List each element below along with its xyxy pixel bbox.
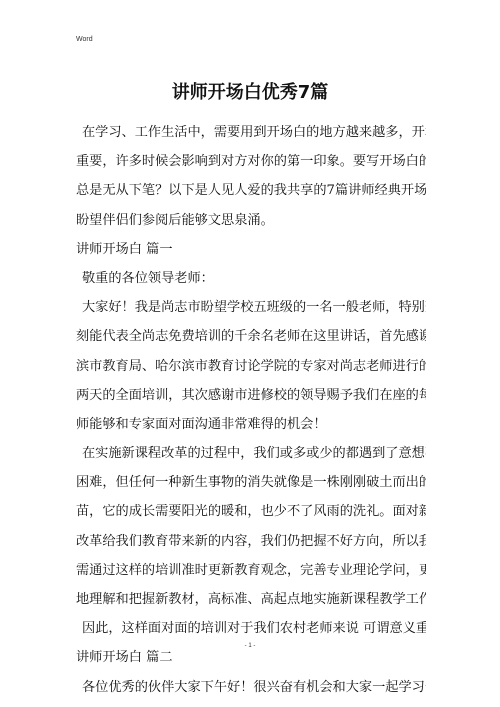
document-title: 讲师开场白优秀7篇 xyxy=(0,78,500,104)
text-line: 滨市教育局、哈尔滨市教育讨论学院的专家对尚志老师进行的历时 xyxy=(76,352,426,381)
page-number: - 1 - xyxy=(0,643,500,649)
text-line: 地理解和把握新教材，高标准、高起点地实施新课程教学工作。 xyxy=(76,585,426,614)
text-line: 两天的全面培训，其次感谢市进修校的领导赐予我们在座的每位老 xyxy=(76,381,426,410)
text-line: 困难，但任何一种新生事物的消失就像是一株刚刚破土而出的幼 xyxy=(76,468,426,497)
text-line: 需通过这样的培训准时更新教育观念，完善专业理论学问，更精确 xyxy=(76,556,426,585)
header-label: Word xyxy=(76,36,93,43)
text-line: 讲师开场白 篇一 xyxy=(76,235,426,264)
text-line: 在实施新课程改革的过程中，我们或多或少的都遇到了意想不到的 xyxy=(76,439,426,468)
document-body: 在学习、工作生活中，需要用到开场白的地方越来越多，开场白很重要，许多时候会影响到… xyxy=(76,118,426,702)
text-line: 师能够和专家面对面沟通非常难得的机会！ xyxy=(76,410,426,439)
text-line: 在学习、工作生活中，需要用到开场白的地方越来越多，开场白很 xyxy=(76,118,426,147)
text-line: 各位优秀的伙伴大家下午好！很兴奋有机会和大家一起学习一起成 xyxy=(76,673,426,702)
text-line: 大家好！我是尚志市盼望学校五班级的一名一般老师，特别荣幸此 xyxy=(76,293,426,322)
text-line: 盼望伴侣们参阅后能够文思泉涌。 xyxy=(76,206,426,235)
text-line: 因此，这样面对面的培训对于我们农村老师来说 可谓意义重大。 xyxy=(76,614,426,643)
text-line: 刻能代表全尚志免费培训的千余名老师在这里讲话，首先感谢哈尔 xyxy=(76,322,426,351)
text-line: 敬重的各位领导老师： xyxy=(76,264,426,293)
document-page: Word 讲师开场白优秀7篇 在学习、工作生活中，需要用到开场白的地方越来越多，… xyxy=(0,0,500,707)
text-line: 改革给我们教育带来新的内容，我们仍把握不好方向，所以我们必 xyxy=(76,527,426,556)
text-line: 总是无从下笔？以下是人见人爱的我共享的7篇讲师经典开场白， xyxy=(76,176,426,205)
text-line: 重要，许多时候会影响到对方对你的第一印象。要写开场白的时候 xyxy=(76,147,426,176)
text-line: 苗，它的成长需要阳光的暖和，也少不了风雨的洗礼。面对新课程 xyxy=(76,497,426,526)
